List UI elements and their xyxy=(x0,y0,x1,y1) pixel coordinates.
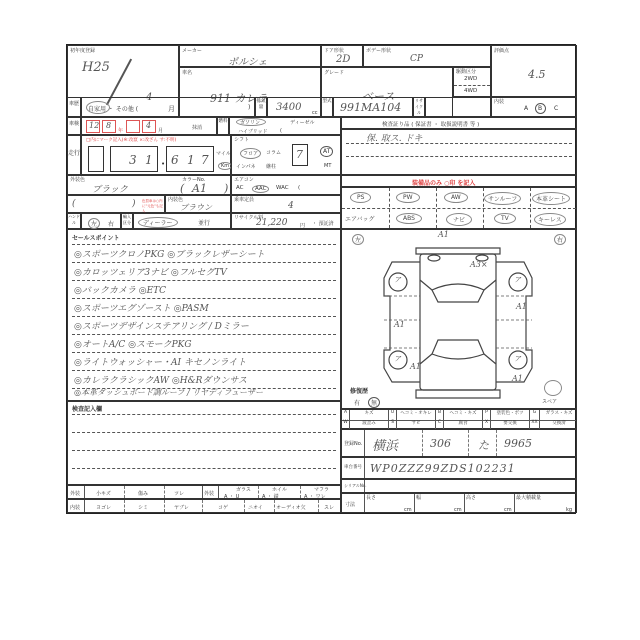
interior-grade-cell: 内装 A B C xyxy=(491,97,577,117)
import-cell: ディーラー 並行 xyxy=(133,213,231,229)
plate-kana: た xyxy=(478,437,489,453)
body-label: ボデー形状 xyxy=(366,47,391,54)
mileage-hundreds: 6 1 7 xyxy=(166,146,214,172)
score-value: 4.5 xyxy=(528,68,546,81)
dimensions-label: 寸法 xyxy=(345,501,355,508)
inspection-year: 12 xyxy=(89,121,99,130)
recycle-label: リサイクル xyxy=(413,97,425,117)
doors-value: 2D xyxy=(336,54,350,65)
capacity-value: 4 xyxy=(288,201,294,211)
mileage-note: □内にマーク記入(※:改竄 ×:改ざん サ:不明) xyxy=(86,137,176,143)
drive-4wd: 4WD xyxy=(464,88,477,94)
body-cell: ボデー形状 CP xyxy=(363,45,491,67)
plate-class: 306 xyxy=(430,437,451,450)
first-reg-label: 初年度登録 xyxy=(70,47,95,54)
repair-label: 修復歴 xyxy=(350,386,368,395)
mileage-digit-0 xyxy=(88,146,104,172)
color-no-value: A1 xyxy=(192,182,207,195)
maker-cell: メーカー ポルシェ xyxy=(179,45,321,67)
exterior-color-value: ブラック xyxy=(92,182,128,195)
plate-area: 横浜 xyxy=(372,435,398,454)
car-name-label: 車名 xyxy=(182,69,192,76)
equip-sunroof: サンルーフ xyxy=(484,192,521,205)
docs-cell: 保. 取ス. ドキ xyxy=(341,129,577,175)
shift-cell: シフト フロア コラム インパネ 継柱 7 AT MT xyxy=(231,135,341,175)
gears-value: 7 xyxy=(296,148,303,161)
exterior-color-cell: 外装色 ブラック カラーNo. ( A1 ) xyxy=(67,175,231,195)
spare-circle xyxy=(544,380,562,396)
doors-label: ドア形状 xyxy=(324,47,344,54)
area-cell: 自家用 ・ その他 ( ) xyxy=(81,97,255,117)
inspection-label: 車検 xyxy=(67,117,81,135)
check-notes-title: 検査記入欄 xyxy=(72,404,102,413)
recycle-fee-value: 21,220 xyxy=(256,218,288,228)
maker-value: ポルシェ xyxy=(228,53,268,68)
exterior-row: 外装 小キズ 傷み ツレ 外装 ガラス A ・ U ホイル A ・ 錆 マフラ … xyxy=(67,485,341,499)
docs-header: 検査証り品 ( 保証書 ・ 取扱説明書 等 ) xyxy=(341,117,577,129)
interior-color-value: ブラウン xyxy=(180,202,212,213)
displacement-value: 3400 xyxy=(276,102,301,113)
equip-airbag: エアバッグ xyxy=(345,214,375,223)
sales-points-title: セールスポイント xyxy=(72,233,119,242)
interior-color-cell: 内装色 ブラウン xyxy=(165,195,231,213)
transmission-at: AT xyxy=(320,146,333,157)
displacement-label: 排気量 xyxy=(255,97,267,117)
interior-grade-label: 内装 xyxy=(494,98,504,105)
gears-box: 7 xyxy=(292,144,308,166)
mileage-cell: □内にマーク記入(※:改竄 ×:改ざん サ:不明) 3 1 • 6 1 7 マイ… xyxy=(81,135,231,175)
interior-row: 内装 ヨゴレ シミ ヤブレ コゲ ニオイ オーディオ欠 スレ xyxy=(67,499,341,513)
damage-mark-right-rear: A1 xyxy=(512,374,523,383)
damage-mark-right-door: A1 xyxy=(516,302,527,311)
vin-value: WP0ZZZ99ZDS102231 xyxy=(370,462,516,475)
serial-cell: シリアルNo. xyxy=(341,479,577,493)
model-value: 991MA104 xyxy=(340,101,401,114)
area-circle xyxy=(86,101,110,114)
diagram-right-label: 右 xyxy=(554,234,566,245)
drive-cell: 駆動区分 2WD 4WD xyxy=(453,67,491,97)
check-notes: 検査記入欄 xyxy=(67,401,341,485)
import-dealer: ディーラー xyxy=(138,217,178,228)
plate-number: 9965 xyxy=(504,437,532,450)
aircon-cell: エアコン AC AAC WAC ( xyxy=(231,175,341,195)
inspection-month: 4 xyxy=(146,121,151,130)
plate-label: 登録No. xyxy=(344,440,362,447)
damage-mark-front: A1 xyxy=(438,230,449,239)
recycle-fee-cell: リサイクル料 21,220 円 ・ 預託済 xyxy=(231,213,341,229)
steering-left: 左 xyxy=(88,218,100,229)
plate-cell: 登録No. 横浜 306 た 9965 xyxy=(341,429,577,457)
legend-row-1: Aキズ Uヘコミ・オキレ Bヘコミ・キズ P塗装色・ボツ Gガラス・キズ xyxy=(342,410,578,420)
mileage-label: 走行 xyxy=(67,135,81,175)
displacement-cell: 3400 cc xyxy=(267,97,321,117)
spare-label: スペア xyxy=(542,398,557,405)
damage-mark-left-door: A1 xyxy=(394,320,405,329)
color-change-cell: ( ) 色替車は○内に"元色"も記入 xyxy=(67,195,165,213)
damage-legend: Aキズ Uヘコミ・オキレ Bヘコミ・キズ P塗装色・ボツ Gガラス・キズ W波歪… xyxy=(341,409,577,429)
equip-ps: PS xyxy=(350,192,371,203)
docs-label: 検査証り品 ( 保証書 ・ 取扱説明書 等 ) xyxy=(382,120,479,128)
auction-sheet: 初年度登録 H25 4 月 メーカー ポルシェ ドア形状 2D ボデー形状 CP… xyxy=(66,44,576,514)
steering-cell: 左 右 xyxy=(81,213,121,229)
equipment-grid: PS PW AW サンルーフ 本革シート エアバッグ ABS ナビ TV キーレ… xyxy=(341,187,577,229)
drive-2wd: 2WD xyxy=(464,76,477,82)
equip-keyless: キーレス xyxy=(534,213,566,226)
doors-cell: ドア形状 2D xyxy=(321,45,363,67)
maker-label: メーカー xyxy=(182,47,202,54)
drive-label: 駆動区分 xyxy=(456,68,476,75)
model-label: 型式 xyxy=(321,97,333,117)
body-value: CP xyxy=(410,54,423,64)
vin-label: 車台番号 xyxy=(344,464,362,470)
import-label: 輸入区分 xyxy=(121,213,133,229)
model-cell: 991MA104 xyxy=(333,97,413,117)
inspection-cell: 12 8 年 4 月 抹消 xyxy=(81,117,217,135)
grade-label: グレード xyxy=(324,69,344,76)
shift-floor: フロア xyxy=(240,148,261,159)
repair-selected: 無 xyxy=(368,397,380,408)
equip-leather: 本革シート xyxy=(532,192,570,205)
damage-mark-hood: A3× xyxy=(470,260,488,269)
diagram-left-label: 左 xyxy=(352,234,364,245)
recycle-cell xyxy=(425,97,491,117)
mileage-thousands: 3 1 xyxy=(110,146,158,172)
score-cell: 評価点 4.5 xyxy=(491,45,577,97)
damage-mark-left-rear: A1 xyxy=(410,362,421,371)
sales-points: セールスポイント ◎スポーツクロノPKG ◎ブラックレザーシート ◎カロッツェリ… xyxy=(67,229,341,401)
dimensions-cell: 寸法 長さ cm 幅 cm 高さ cm 最大積載量 kg xyxy=(341,493,577,513)
equip-aw: AW xyxy=(444,192,468,203)
equipment-title: 装備品のみ ○印 を記入 xyxy=(412,178,475,187)
equip-pw: PW xyxy=(396,192,420,203)
aircon-selected: AAC xyxy=(252,185,269,193)
area-label: 車歴 xyxy=(67,97,81,117)
first-reg-year: H25 xyxy=(82,60,110,75)
equip-tv: TV xyxy=(494,213,516,224)
capacity-cell: 乗車定員 4 xyxy=(231,195,341,213)
equip-navi: ナビ xyxy=(446,213,472,226)
fuel-label: 燃料 xyxy=(217,117,229,135)
equipment-header: 装備品のみ ○印 を記入 xyxy=(341,175,577,187)
vin-cell: 車台番号 WP0ZZZ99ZDS102231 xyxy=(341,457,577,479)
fuel-cell: ガソリン ディーゼル ハイブリッド ( xyxy=(229,117,341,135)
equip-abs: ABS xyxy=(396,213,422,224)
score-label: 評価点 xyxy=(494,47,509,54)
steering-label: ハンドル xyxy=(67,213,81,229)
car-diagram: 左 右 A1 A3× xyxy=(341,229,577,409)
